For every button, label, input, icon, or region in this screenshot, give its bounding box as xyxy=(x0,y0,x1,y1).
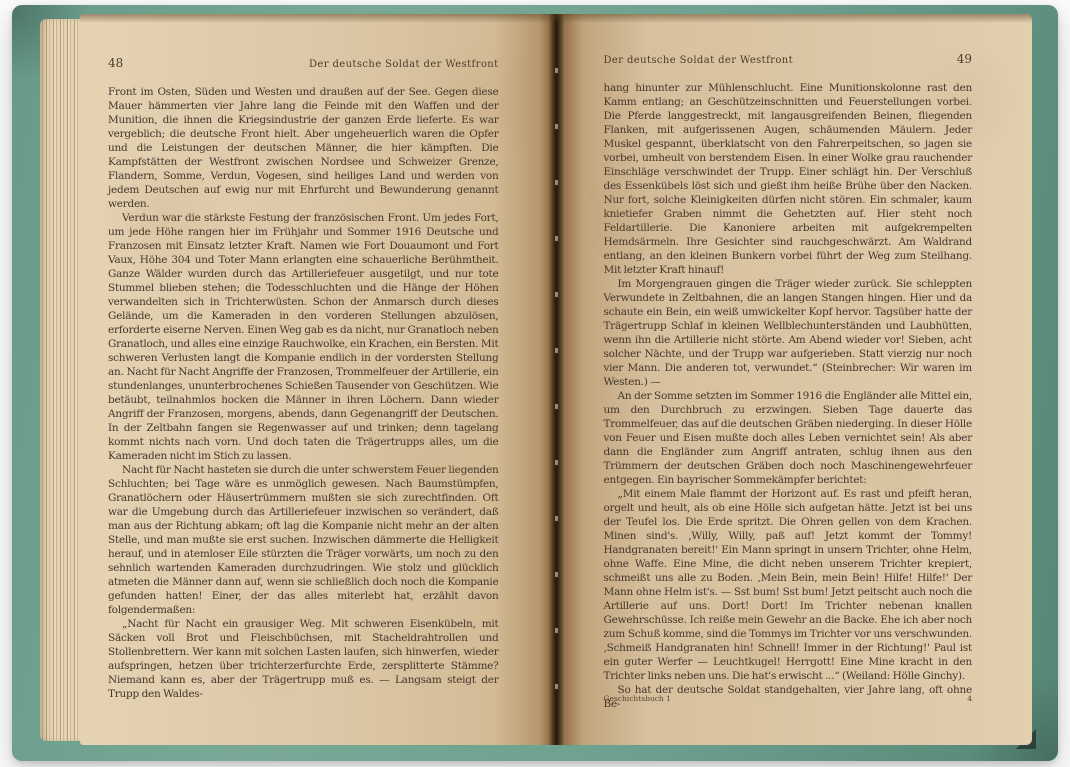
body-text-right: hang hinunter zur Mühlenschlucht. Eine M… xyxy=(604,81,973,711)
page-right: Der deutsche Soldat der Westfront 49 han… xyxy=(564,14,1033,745)
page-left: 48 Der deutsche Soldat der Westfront Fro… xyxy=(80,14,549,745)
page-footer: Geschichtsbuch 1 4 xyxy=(604,694,973,703)
footer-signature: Geschichtsbuch 1 xyxy=(604,694,671,703)
page-number-right: 49 xyxy=(957,52,972,66)
running-head-row-left: 48 Der deutsche Soldat der Westfront xyxy=(108,56,499,70)
paragraph: Nacht für Nacht hasteten sie durch die u… xyxy=(108,463,499,617)
open-pages: 48 Der deutsche Soldat der Westfront Fro… xyxy=(80,14,1032,745)
paragraph: „Mit einem Male flammt der Horizont auf.… xyxy=(604,487,973,683)
running-head-left: Der deutsche Soldat der Westfront xyxy=(309,59,499,70)
paragraph: An der Somme setzten im Sommer 1916 die … xyxy=(604,389,973,487)
photo-background: 48 Der deutsche Soldat der Westfront Fro… xyxy=(0,0,1070,767)
page-edge-stack xyxy=(40,19,82,741)
book-gutter xyxy=(549,14,564,745)
paragraph: Verdun war die stärkste Festung der fran… xyxy=(108,211,499,463)
paragraph: Front im Osten, Süden und Westen und dra… xyxy=(108,85,499,211)
paragraph: Im Morgengrauen gingen die Träger wieder… xyxy=(604,277,973,389)
paragraph: hang hinunter zur Mühlenschlucht. Eine M… xyxy=(604,81,973,277)
book: 48 Der deutsche Soldat der Westfront Fro… xyxy=(12,5,1058,761)
footer-sheet-mark: 4 xyxy=(967,694,972,703)
page-left-content: 48 Der deutsche Soldat der Westfront Fro… xyxy=(80,14,549,745)
body-text-left: Front im Osten, Süden und Westen und dra… xyxy=(108,85,499,701)
page-number-left: 48 xyxy=(108,56,123,70)
page-right-content: Der deutsche Soldat der Westfront 49 han… xyxy=(564,14,1033,745)
binding-stitches xyxy=(555,42,558,715)
running-head-right: Der deutsche Soldat der Westfront xyxy=(604,55,794,66)
paragraph: „Nacht für Nacht ein grausiger Weg. Mit … xyxy=(108,617,499,701)
running-head-row-right: Der deutsche Soldat der Westfront 49 xyxy=(604,52,973,66)
